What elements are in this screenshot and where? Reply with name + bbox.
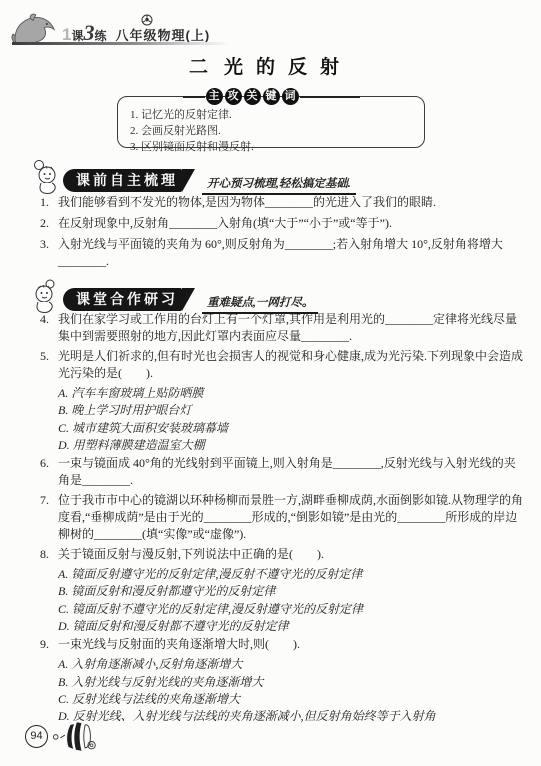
section-header-classwork: 课堂合作研习 重难疑点,一网打尽。: [30, 278, 318, 314]
question-1: 1. 我们能够看到不发光的物体,是因为物体________的光进入了我们的眼睛.: [40, 194, 527, 211]
question-text: 入射光线与平面镜的夹角为 60°,则反射角为________;若入射角增大 10…: [58, 236, 527, 270]
question-number: 6.: [40, 455, 58, 489]
option-b: B. 镜面反射和漫反射都遵守光的反射定律: [58, 583, 527, 600]
question-number: 1.: [40, 194, 58, 211]
question-number: 4.: [40, 311, 58, 345]
page-number: 94: [25, 725, 48, 748]
mascot-icon: [30, 159, 60, 195]
question-8-options: A. 镜面反射遵守光的反射定律,漫反射不遵守光的反射定律 B. 镜面反射和漫反射…: [58, 566, 527, 635]
option-c: C. 城市建筑大面积安装玻璃幕墙: [58, 420, 527, 437]
option-a: A. 镜面反射遵守光的反射定律,漫反射不遵守光的反射定律: [58, 566, 527, 583]
mascot-icon: [30, 278, 60, 314]
question-number: 3.: [40, 236, 58, 270]
keyword-badge: 主 攻 关 键 词: [118, 88, 424, 105]
question-text: 一束光线与反射面的夹角逐渐增大时,则( ).: [58, 636, 527, 653]
preclass-question-list: 1. 我们能够看到不发光的物体,是因为物体________的光进入了我们的眼睛.…: [40, 194, 527, 274]
question-3: 3. 入射光线与平面镜的夹角为 60°,则反射角为________;若入射角增大…: [40, 236, 527, 270]
question-4: 4. 我们在家学习或工作用的台灯上有一个灯罩,其作用是利用光的________定…: [40, 311, 527, 345]
keyword-item: 1. 记忆光的反射定律.: [130, 107, 424, 123]
question-text: 位于我市市中心的镜湖以环种杨柳而景胜一方,湖畔垂柳成荫,水面倒影如镜.从物理学的…: [58, 492, 527, 543]
question-text: 我们在家学习或工作用的台灯上有一个灯罩,其作用是利用光的________定律将光…: [58, 311, 527, 345]
question-number: 9.: [40, 636, 58, 653]
badge-line-left: [183, 96, 205, 98]
brand-lian: 练: [94, 29, 106, 43]
badge-line-right: [300, 96, 360, 98]
question-text: 关于镜面反射与漫反射,下列说法中正确的是( ).: [58, 546, 527, 563]
keyword-item: 3. 区别镜面反射和漫反射.: [130, 139, 424, 155]
option-d: D. 用塑料薄膜建造温室大棚: [58, 437, 527, 454]
question-text: 一束与镜面成 40°角的光线射到平面镜上,则入射角是________,反射光线与…: [58, 455, 527, 489]
question-text: 我们能够看到不发光的物体,是因为物体________的光进入了我们的眼睛.: [58, 194, 527, 211]
question-8: 8. 关于镜面反射与漫反射,下列说法中正确的是( ).: [40, 546, 527, 563]
badge-char: 攻: [225, 88, 242, 105]
worksheet-page: 1课3练八年级物理(上) 二光的反射 主 攻 关 键 词 1. 记忆光的反射定律…: [0, 0, 541, 766]
option-d: D. 反射光线、入射光线与法线的夹角逐渐减小,但反射角始终等于入射角: [58, 708, 527, 725]
badge-char: 词: [282, 88, 299, 105]
option-c: C. 反射光线与法线的夹角逐渐增大: [58, 691, 527, 708]
lesson-number: 二: [189, 57, 208, 78]
lesson-title: 光的反射: [224, 57, 352, 78]
question-7: 7. 位于我市市中心的镜湖以环种杨柳而景胜一方,湖畔垂柳成荫,水面倒影如镜.从物…: [40, 492, 527, 543]
badge-char: 主: [206, 88, 223, 105]
option-a: A. 汽车车窗玻璃上贴防晒膜: [58, 385, 527, 402]
question-number: 2.: [40, 215, 58, 232]
question-number: 7.: [40, 492, 58, 543]
subject-label: 八年级物理(上): [116, 28, 211, 43]
question-9-options: A. 入射角逐渐减小,反射角逐渐增大 B. 入射光线与反射光线的夹角逐渐增大 C…: [58, 656, 527, 725]
question-5-options: A. 汽车车窗玻璃上贴防晒膜 B. 晚上学习时用护眼台灯 C. 城市建筑大面积安…: [58, 385, 527, 454]
question-6: 6. 一束与镜面成 40°角的光线射到平面镜上,则入射角是________,反射…: [40, 455, 527, 489]
brand-ke: 课: [71, 29, 83, 43]
option-b: B. 入射光线与反射光线的夹角逐渐增大: [58, 674, 527, 691]
option-d: D. 镜面反射和漫反射都不遵守光的反射定律: [58, 618, 527, 635]
badge-char: 关: [244, 88, 261, 105]
question-9: 9. 一束光线与反射面的夹角逐渐增大时,则( ).: [40, 636, 527, 653]
header-rule: [12, 42, 230, 45]
question-2: 2. 在反射现象中,反射角________入射角(填“大于”“小于”或“等于”)…: [40, 215, 527, 232]
option-a: A. 入射角逐渐减小,反射角逐渐增大: [58, 656, 527, 673]
page-title: 二光的反射: [0, 52, 541, 79]
question-text: 光明是人们祈求的,但有时光也会损害人的视觉和身心健康,成为光污染.下列现象中会造…: [58, 348, 527, 382]
shell-decoration-icon: [52, 717, 98, 755]
section-tagline: 开心预习梳理,轻松搞定基础.: [202, 175, 356, 195]
option-b: B. 晚上学习时用护眼台灯: [58, 402, 527, 419]
keyword-box: 主 攻 关 键 词 1. 记忆光的反射定律. 2. 会画反射光路图. 3. 区别…: [117, 96, 425, 148]
section-header-preclass: 课前自主梳理 开心预习梳理,轻松搞定基础.: [30, 159, 356, 195]
keyword-item: 2. 会画反射光路图.: [130, 123, 424, 139]
question-number: 8.: [40, 546, 58, 563]
section-title-badge: 课堂合作研习: [63, 288, 182, 311]
question-number: 5.: [40, 348, 58, 382]
question-5: 5. 光明是人们祈求的,但有时光也会损害人的视觉和身心健康,成为光污染.下列现象…: [40, 348, 527, 382]
section-title-badge: 课前自主梳理: [63, 169, 182, 192]
classwork-question-list: 4. 我们在家学习或工作用的台灯上有一个灯罩,其作用是利用光的________定…: [40, 311, 527, 727]
badge-char: 键: [263, 88, 280, 105]
option-c: C. 镜面反射不遵守光的反射定律,漫反射遵守光的反射定律: [58, 601, 527, 618]
question-text: 在反射现象中,反射角________入射角(填“大于”“小于”或“等于”).: [58, 215, 527, 232]
